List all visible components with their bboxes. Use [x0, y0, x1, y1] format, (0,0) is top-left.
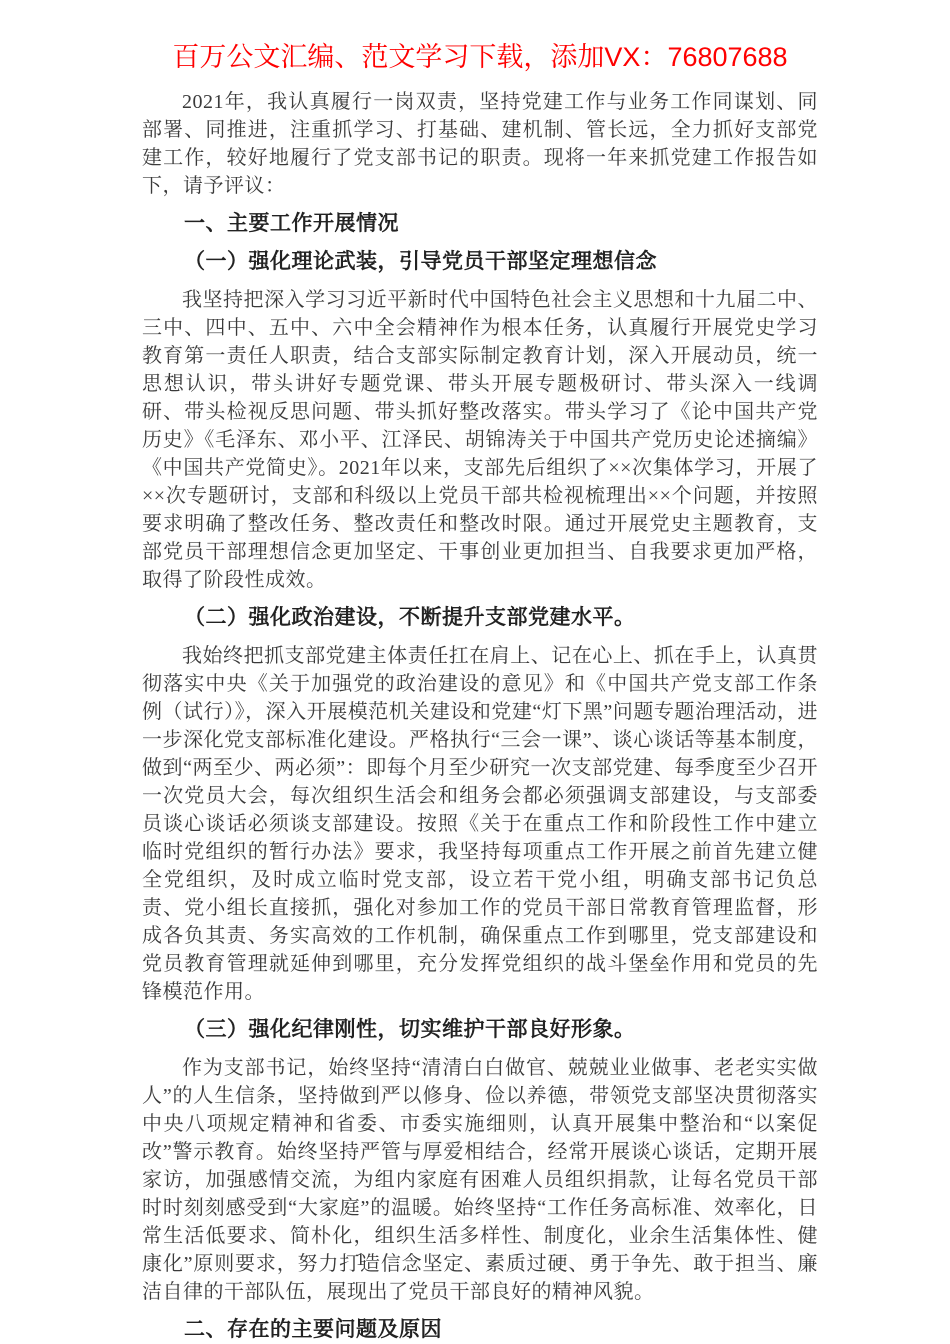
- promo-header-text: 百万公文汇编、范文学习下载，添加VX：76807688: [142, 42, 818, 72]
- subsection-heading-political: （二）强化政治建设，不断提升支部党建水平。: [142, 604, 818, 632]
- subsection-heading-discipline: （三）强化纪律刚性，切实维护干部良好形象。: [142, 1016, 818, 1044]
- subsection-body-discipline: 作为支部书记，始终坚持“清清白白做官、兢兢业业做事、老老实实做人”的人生信条，坚…: [142, 1054, 818, 1306]
- section-heading-main-work: 一、主要工作开展情况: [142, 210, 818, 238]
- subsection-heading-theory: （一）强化理论武装，引导党员干部坚定理想信念: [142, 248, 818, 276]
- subsection-body-political: 我始终把抓支部党建主体责任扛在肩上、记在心上、抓在手上，认真贯彻落实中央《关于加…: [142, 642, 818, 1006]
- document-page: 百万公文汇编、范文学习下载，添加VX：76807688 2021年，我认真履行一…: [0, 0, 950, 1344]
- intro-paragraph: 2021年，我认真履行一岗双责，坚持党建工作与业务工作同谋划、同部署、同推进，注…: [142, 88, 818, 200]
- section-heading-problems: 二、存在的主要问题及原因: [142, 1316, 818, 1344]
- subsection-body-theory: 我坚持把深入学习习近平新时代中国特色社会主义思想和十九届二中、三中、四中、五中、…: [142, 286, 818, 594]
- page-number: 1: [356, 1248, 365, 1270]
